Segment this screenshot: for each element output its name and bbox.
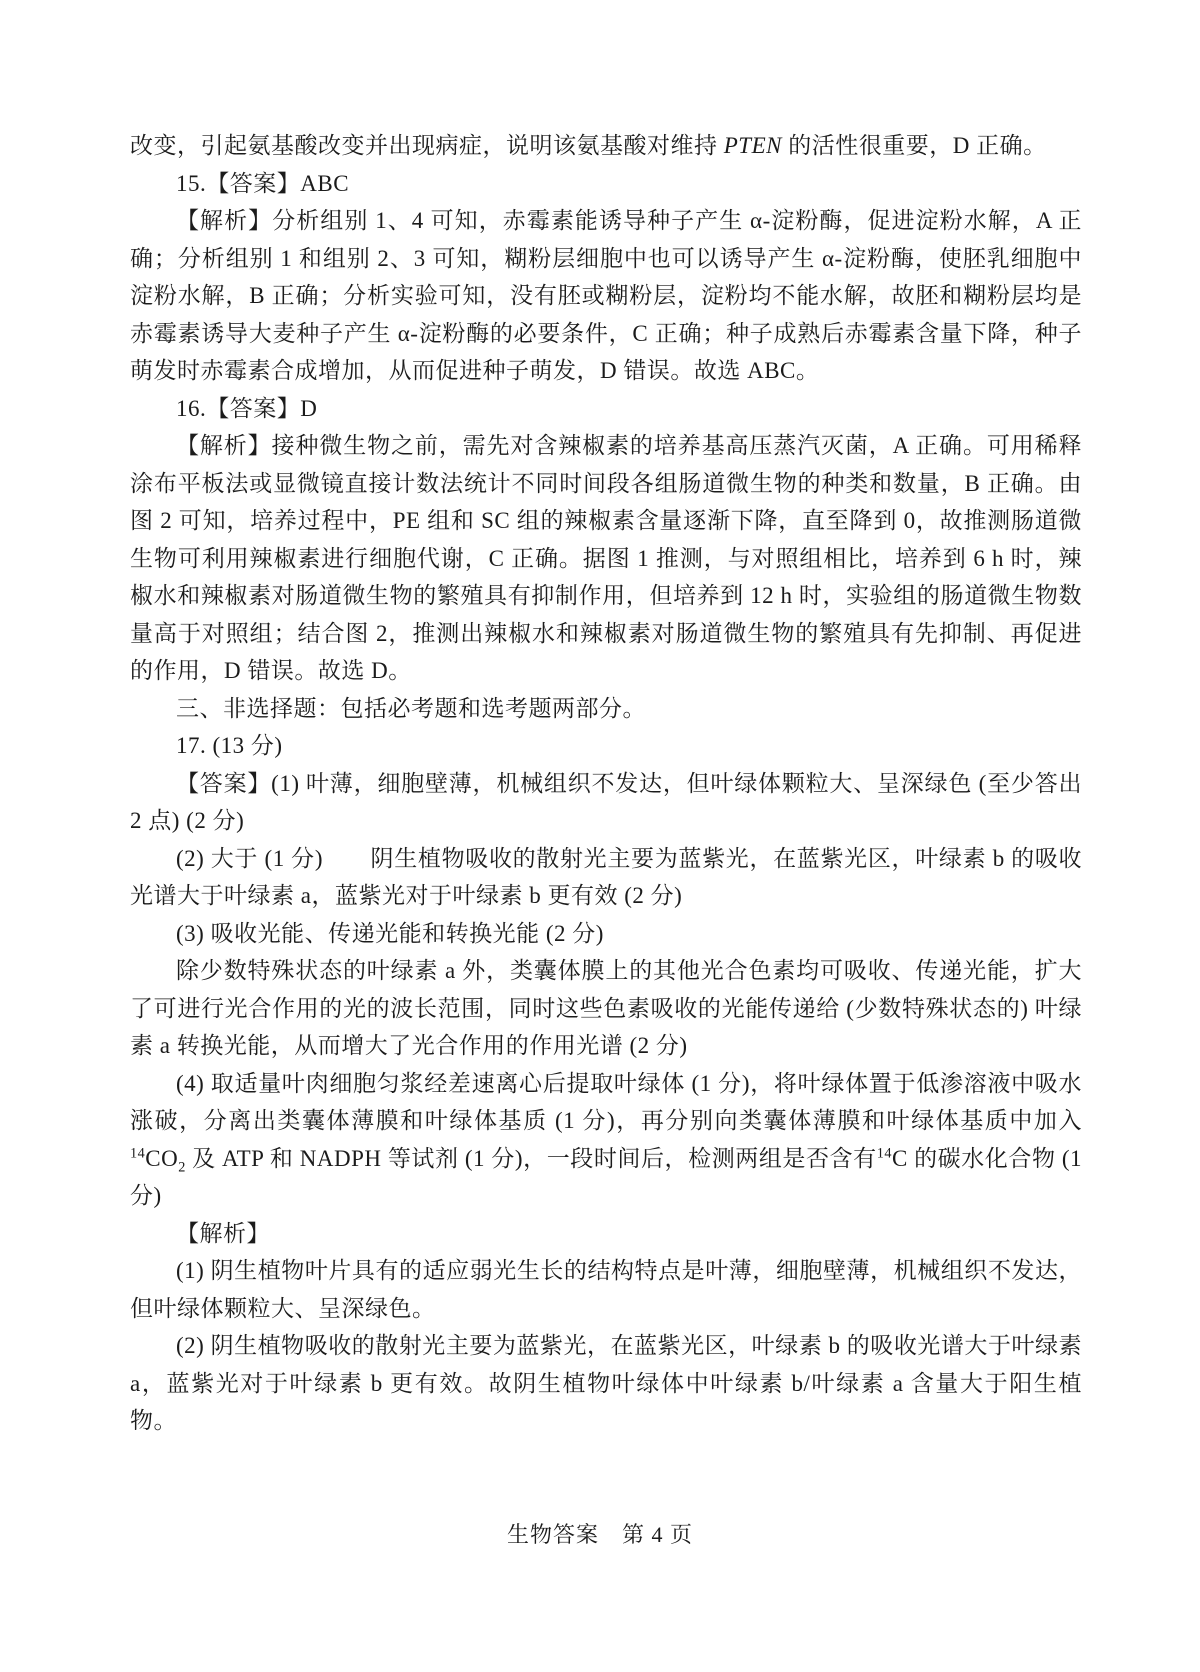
para-q17-heading: 17. (13 分) [130, 727, 1082, 765]
para-q17-answer-1: 【答案】(1) 叶薄，细胞壁薄，机械组织不发达，但叶绿体颗粒大、呈深绿色 (至少… [130, 765, 1082, 840]
para-q17-answer-2: (2) 大于 (1 分) 阴生植物吸收的散射光主要为蓝紫光，在蓝紫光区，叶绿素 … [130, 840, 1082, 915]
text-run: (4) 取适量叶肉细胞匀浆经差速离心后提取叶绿体 (1 分)，将叶绿体置于低渗溶… [130, 1071, 1082, 1134]
para-q17-answer-4: (4) 取适量叶肉细胞匀浆经差速离心后提取叶绿体 (1 分)，将叶绿体置于低渗溶… [130, 1065, 1082, 1215]
gene-name-pten: PTEN [724, 133, 782, 158]
para-q17-analysis-2: (2) 阴生植物吸收的散射光主要为蓝紫光，在蓝紫光区，叶绿素 b 的吸收光谱大于… [130, 1327, 1082, 1440]
text-run: 改变，引起氨基酸改变并出现病症，说明该氨基酸对维持 [130, 133, 724, 158]
para-q16-analysis: 【解析】接种微生物之前，需先对含辣椒素的培养基高压蒸汽灭菌，A 正确。可用稀释涂… [130, 427, 1082, 690]
text-run: 的活性很重要，D 正确。 [782, 133, 1047, 158]
section-heading-non-choice: 三、非选择题：包括必考题和选考题两部分。 [130, 690, 1082, 728]
para-q14-tail: 改变，引起氨基酸改变并出现病症，说明该氨基酸对维持 PTEN 的活性很重要，D … [130, 127, 1082, 165]
para-q15-answer: 15.【答案】ABC [130, 165, 1082, 203]
page-footer: 生物答案 第 4 页 [0, 1518, 1200, 1549]
isotope-superscript: 14 [130, 1145, 145, 1161]
chemical-subscript: 2 [178, 1159, 186, 1175]
answer-sheet-page: 改变，引起氨基酸改变并出现病症，说明该氨基酸对维持 PTEN 的活性很重要，D … [0, 0, 1200, 1672]
para-q17-analysis-heading: 【解析】 [130, 1215, 1082, 1253]
text-run: CO [145, 1146, 178, 1171]
para-q17-analysis-1: (1) 阴生植物叶片具有的适应弱光生长的结构特点是叶薄，细胞壁薄，机械组织不发达… [130, 1252, 1082, 1327]
text-run: 及 ATP 和 NADPH 等试剂 (1 分)，一段时间后，检测两组是否含有 [186, 1146, 877, 1171]
isotope-superscript: 14 [877, 1145, 892, 1161]
para-q17-answer-3-explain: 除少数特殊状态的叶绿素 a 外，类囊体膜上的其他光合色素均可吸收、传递光能，扩大… [130, 952, 1082, 1065]
page-body-text: 改变，引起氨基酸改变并出现病症，说明该氨基酸对维持 PTEN 的活性很重要，D … [130, 127, 1082, 1440]
para-q16-answer: 16.【答案】D [130, 390, 1082, 428]
para-q17-answer-3: (3) 吸收光能、传递光能和转换光能 (2 分) [130, 915, 1082, 953]
para-q15-analysis: 【解析】分析组别 1、4 可知，赤霉素能诱导种子产生 α-淀粉酶，促进淀粉水解，… [130, 202, 1082, 390]
